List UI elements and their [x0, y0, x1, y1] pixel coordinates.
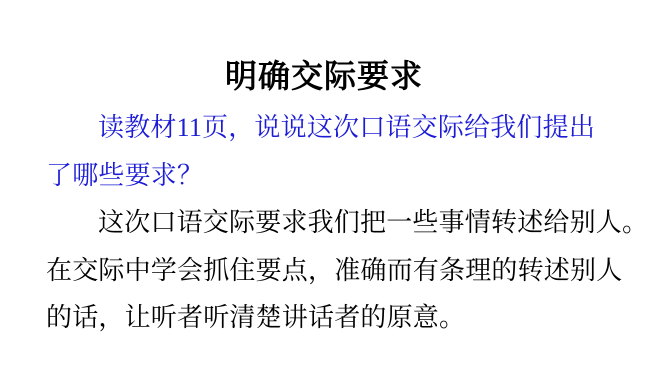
- answer-line: 的话，让听者听清楚讲话者的原意。: [46, 294, 648, 342]
- slide-body: 读教材11页，说说这次口语交际给我们提出 了哪些要求？ 这次口语交际要求我们把一…: [46, 104, 648, 342]
- question-line: 读教材11页，说说这次口语交际给我们提出: [46, 104, 648, 152]
- answer-line: 在交际中学会抓住要点，准确而有条理的转述别人: [46, 247, 648, 295]
- answer-line: 这次口语交际要求我们把一些事情转述给别人。: [46, 199, 648, 247]
- question-line: 了哪些要求？: [46, 152, 648, 200]
- slide-title: 明确交际要求: [0, 56, 648, 96]
- presentation-slide: 明确交际要求 读教材11页，说说这次口语交际给我们提出 了哪些要求？ 这次口语交…: [0, 0, 668, 376]
- question-paragraph: 读教材11页，说说这次口语交际给我们提出 了哪些要求？: [46, 104, 648, 199]
- answer-paragraph: 这次口语交际要求我们把一些事情转述给别人。 在交际中学会抓住要点，准确而有条理的…: [46, 199, 648, 342]
